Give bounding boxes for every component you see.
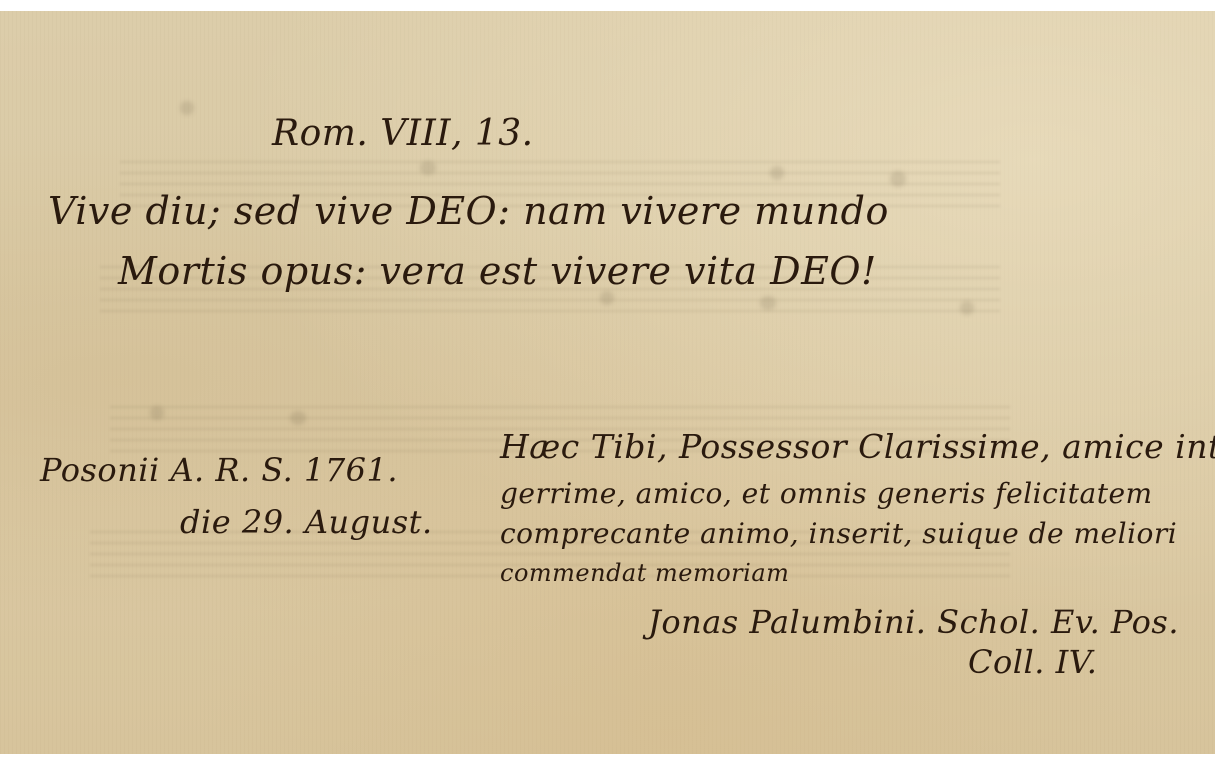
dedication-line-4: commendat memoriam — [500, 559, 789, 587]
dedication-line-3: comprecante animo, inserit, suique de me… — [500, 517, 1177, 550]
bleedthrough-note — [420, 161, 436, 175]
dedication-line-1: Hæc Tibi, Possessor Clarissime, amice in… — [500, 427, 1215, 466]
date-line: die 29. August. — [180, 503, 433, 541]
signature-class: Coll. IV. — [968, 643, 1097, 681]
bleedthrough-note — [600, 291, 614, 305]
manuscript-page: Rom. VIII, 13. Vive diu; sed vive DEO: n… — [0, 11, 1215, 754]
bleedthrough-note — [960, 301, 974, 315]
bleedthrough-note — [770, 166, 784, 180]
bleedthrough-note — [890, 171, 906, 187]
scripture-reference: Rom. VIII, 13. — [272, 113, 534, 154]
signature: Jonas Palumbini. Schol. Ev. Pos. — [648, 603, 1179, 641]
place-year: Posonii A. R. S. 1761. — [40, 451, 398, 489]
verse-line-1: Vive diu; sed vive DEO: nam vivere mundo — [48, 189, 889, 233]
bleedthrough-note — [760, 296, 776, 310]
bleedthrough-note — [150, 406, 164, 420]
dedication-line-2: gerrime, amico, et omnis generis felicit… — [500, 477, 1153, 510]
bleedthrough-note — [180, 101, 194, 115]
bleedthrough-note — [290, 411, 306, 425]
verse-line-2: Mortis opus: vera est vivere vita DEO! — [118, 249, 877, 293]
